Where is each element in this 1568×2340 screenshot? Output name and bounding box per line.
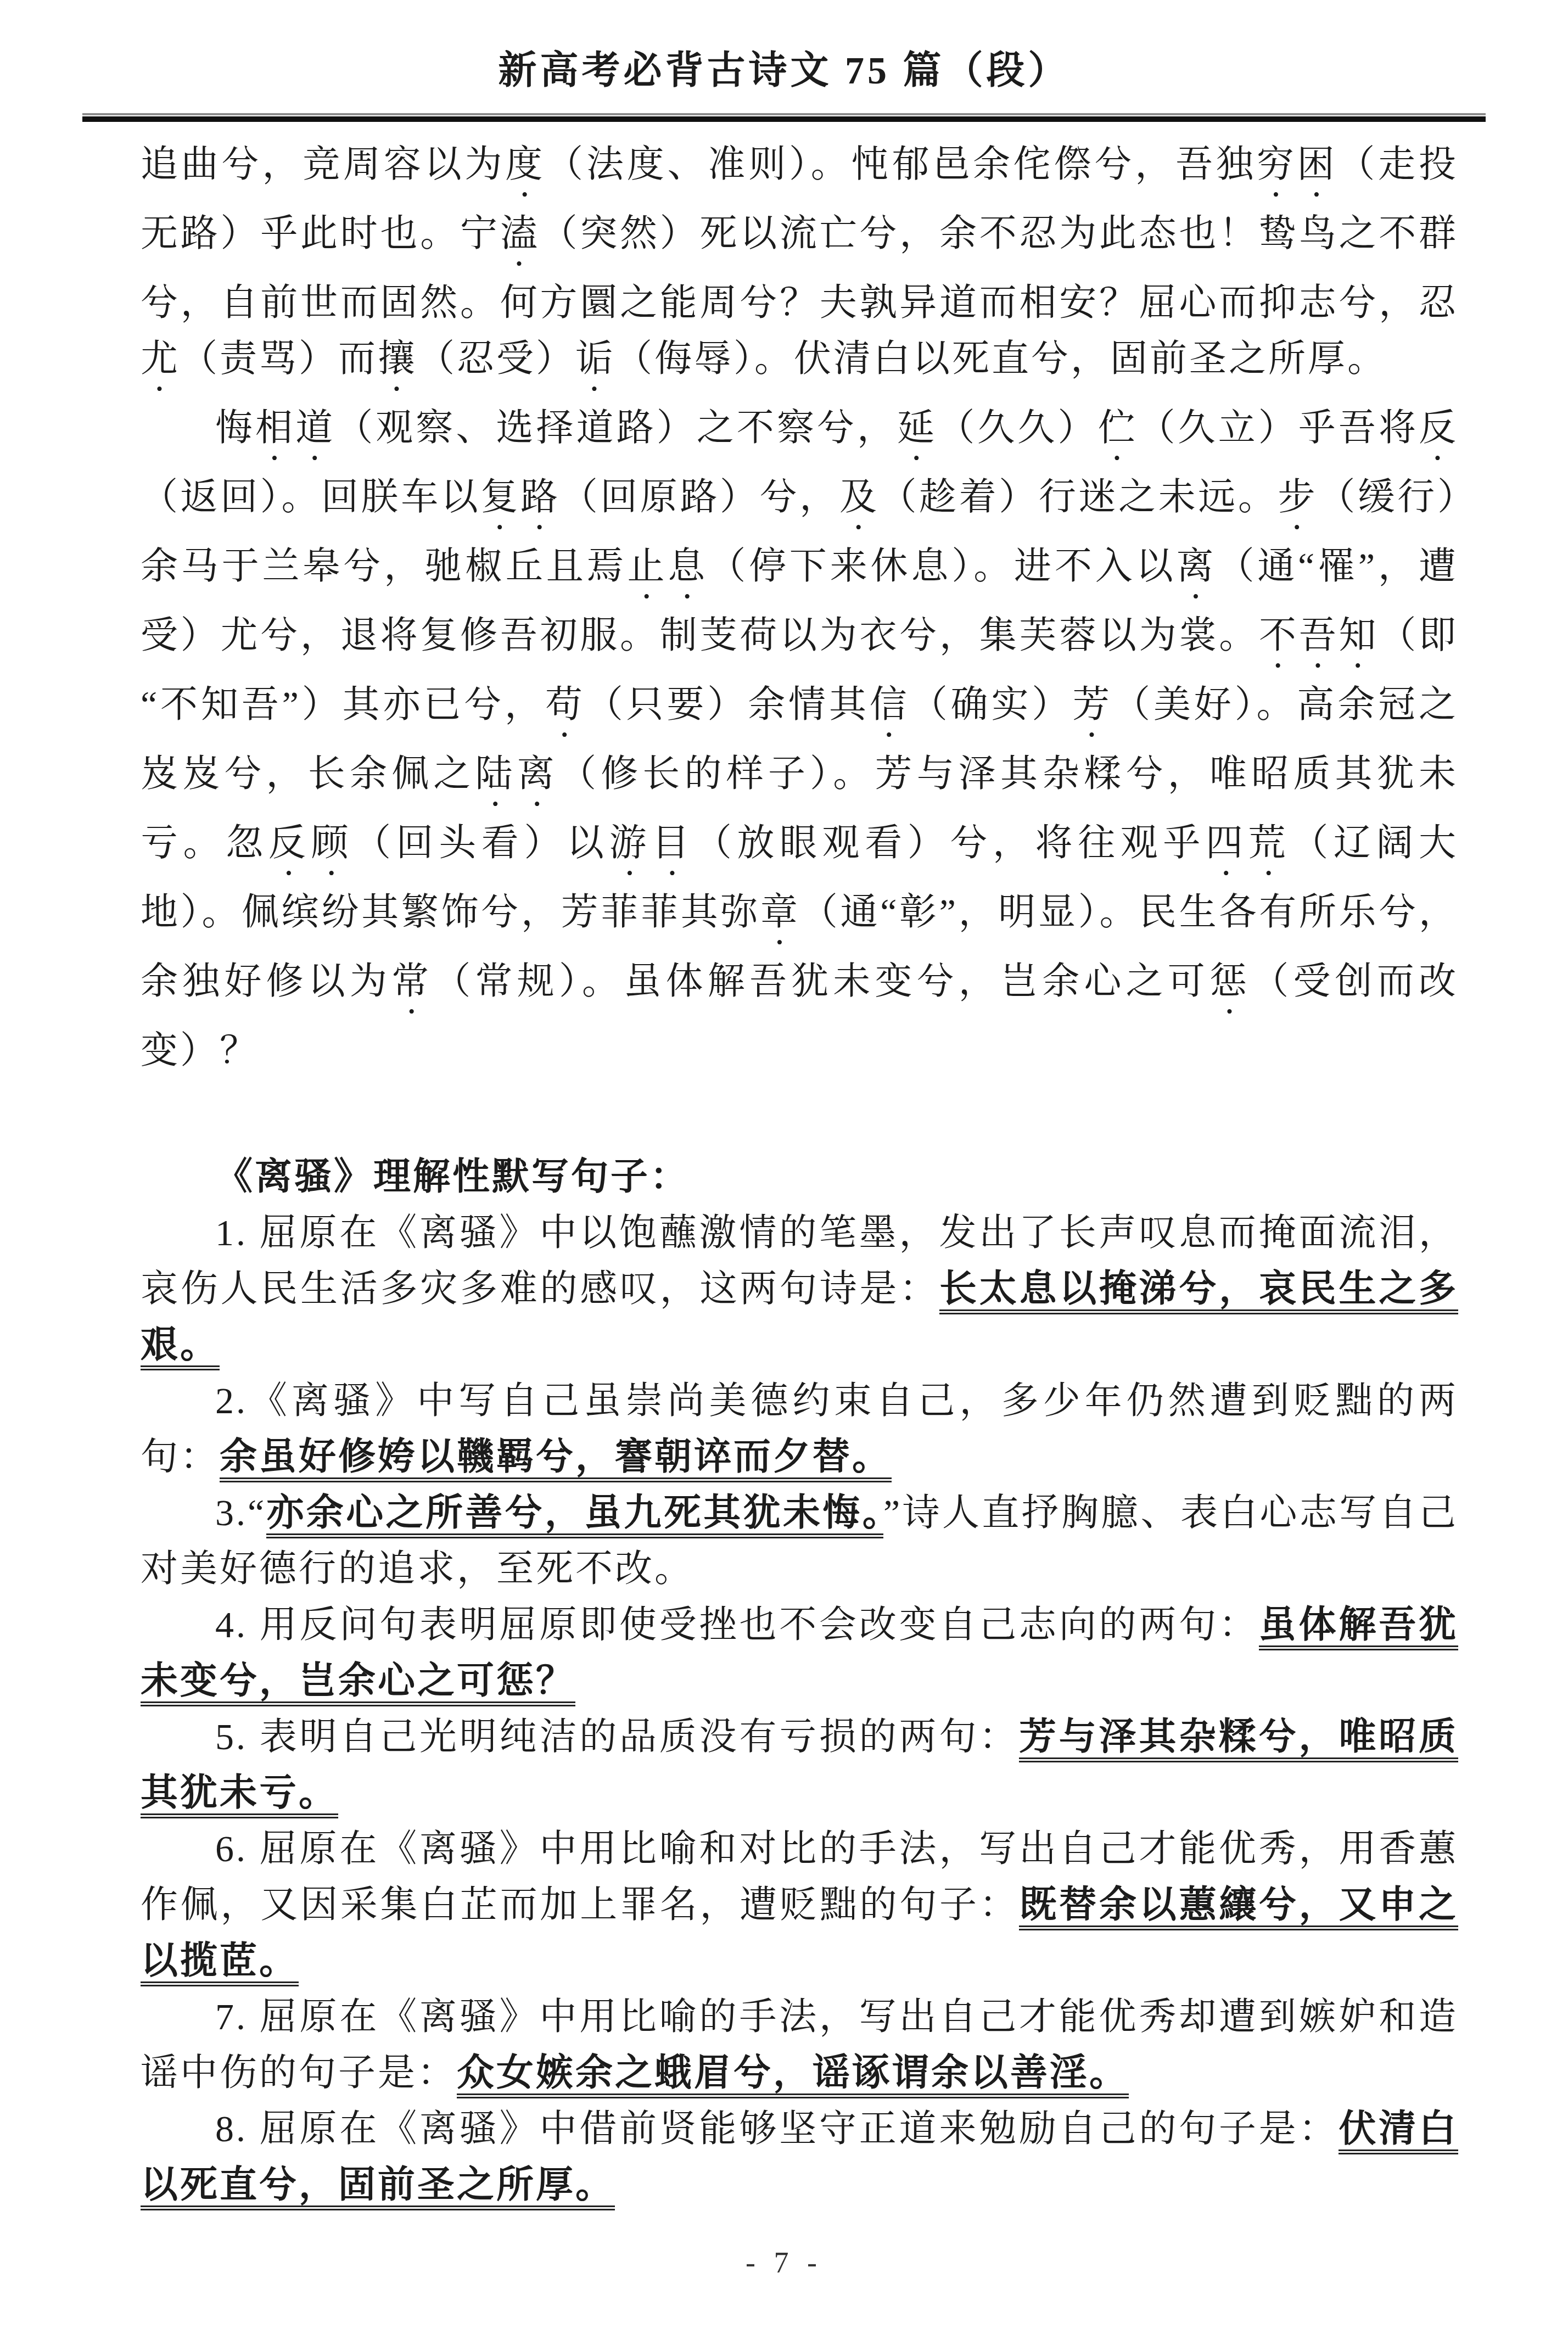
text-segment: 8. 屈原在《离骚》中借前贤能够坚守正道来勉励自己的句子是： [215,2108,1339,2149]
text-segment: （侮辱）。伏清白以死直兮，固前圣之所厚。 [615,338,1387,379]
annotated-word: 陆离 [475,753,559,794]
document-page: 新高考必背古诗文 75 篇（段） 追曲兮，竞周容以为度（法度、准则）。忳郁邑余侘… [0,0,1568,2340]
text-segment: （常规）。虽体解吾犹未变兮，岂余心之可 [433,960,1209,1002]
text-segment: 追曲兮，竞周容以为 [141,143,505,185]
text-segment: （回原路）兮， [561,476,839,518]
annotated-word: 尤 [141,338,180,379]
annotated-word: 信 [870,684,910,725]
annotated-word: 穷困 [1257,143,1338,185]
annotated-word: 苟 [545,684,586,725]
annotated-word: 步 [1278,476,1318,518]
annotated-word: 度 [505,143,546,185]
annotated-word: 芳 [1072,684,1113,725]
annotated-word: 溘 [500,212,540,254]
annotated-word: 离 [1177,545,1217,587]
text-segment: （趁着）行迷之未远。 [880,476,1278,518]
text-segment: （久久） [937,407,1097,449]
text-segment: （法度、准则）。忳郁邑余侘傺兮，吾独 [546,143,1257,185]
text-segment: （久立）乎吾将 [1138,407,1419,449]
annotated-word: 惩 [1209,960,1251,1002]
text-segment: 4. 用反问句表明屈原即使受挫也不会改变自己志向的两句： [215,1604,1259,1645]
annotated-word: 延 [897,407,937,449]
annotated-word: 游目 [609,822,695,864]
annotated-word: 相道 [255,407,335,449]
text-segment: （忍受） [417,338,575,379]
answer-text: 众女嫉余之蛾眉兮，谣诼谓余以善淫。 [457,2052,1129,2098]
text-segment: （观察、选择道路）之不察兮， [335,407,897,449]
text-segment: （放眼观看）兮，将往观乎 [695,822,1206,864]
annotated-word: 诟 [575,338,615,379]
passage-paragraph: 追曲兮，竞周容以为度（法度、准则）。忳郁邑余侘傺兮，吾独穷困（走投无路）乎此时也… [141,136,1458,400]
annotated-word: 及 [839,476,880,518]
text-segment: （停下来休息）。进不入以 [708,545,1176,587]
page-header: 新高考必背古诗文 75 篇（段） [0,0,1568,122]
annotated-word: 四荒 [1206,822,1291,864]
header-divider-thick-line [82,116,1486,122]
text-segment: （责骂）而 [180,338,378,379]
annotated-word: 攘 [378,338,417,379]
question-item: 4. 用反问句表明屈原即使受挫也不会改变自己志向的两句：虽体解吾犹未变兮，岂余心… [141,1597,1458,1709]
passage: 追曲兮，竞周容以为度（法度、准则）。忳郁邑余侘傺兮，吾独穷困（走投无路）乎此时也… [141,136,1458,1078]
page-title: 新高考必背古诗文 75 篇（段） [0,48,1568,94]
annotated-word: 章 [760,891,800,933]
question-item: 6. 屈原在《离骚》中用比喻和对比的手法，写出自己才能优秀，用香蕙作佩，又因采集… [141,1821,1458,1989]
passage-paragraph: 悔相道（观察、选择道路）之不察兮，延（久久）伫（久立）乎吾将反（返回）。回朕车以… [141,400,1458,1078]
answer-text: 亦余心之所善兮，虽九死其犹未悔。 [266,1492,883,1538]
text-segment: （返回）。回朕车以 [141,476,480,518]
question-item: 5. 表明自己光明纯洁的品质没有亏损的两句：芳与泽其杂糅兮，唯昭质其犹未亏。 [141,1709,1458,1821]
question-item: 1. 屈原在《离骚》中以饱蘸激情的笔墨，发出了长声叹息而掩面流泪，哀伤人民生活多… [141,1205,1458,1373]
text-segment: （回头看）以 [354,822,609,864]
text-segment: 3.“ [215,1492,266,1533]
text-segment: 5. 表明自己光明纯洁的品质没有亏损的两句： [215,1716,1019,1757]
annotated-word: 反 [1419,407,1458,449]
text-segment: 悔 [215,407,255,449]
question-item: 8. 屈原在《离骚》中借前贤能够坚守正道来勉励自己的句子是：伏清白以死直兮，固前… [141,2101,1458,2213]
header-divider-thin-line [82,113,1486,115]
section-heading: 《离骚》理解性默写句子： [141,1149,1458,1205]
annotated-word: 复路 [480,476,560,518]
question-item: 3.“亦余心之所善兮，虽九死其犹未悔。”诗人直抒胸臆、表白心志写自己对美好德行的… [141,1485,1458,1597]
text-segment: （只要）余情其 [586,684,870,725]
annotated-word: 伫 [1097,407,1138,449]
question-item: 7. 屈原在《离骚》中用比喻的手法，写出自己才能优秀却遭到嫉妒和造谣中伤的句子是… [141,1989,1458,2101]
annotated-word: 不吾知 [1259,614,1379,656]
page-number: - 7 - [0,2213,1568,2340]
annotated-word: 常 [391,960,433,1002]
answer-text: 余虽好修姱以鞿羁兮，謇朝谇而夕替。 [220,1436,892,1482]
question-item: 2.《离骚》中写自己虽崇尚美德约束自己，多少年仍然遭到贬黜的两句：余虽好修姱以鞿… [141,1373,1458,1485]
questions-list: 1. 屈原在《离骚》中以饱蘸激情的笔墨，发出了长声叹息而掩面流泪，哀伤人民生活多… [141,1205,1458,2213]
page-content: 追曲兮，竞周容以为度（法度、准则）。忳郁邑余侘傺兮，吾独穷困（走投无路）乎此时也… [141,136,1458,2213]
text-segment: （确实） [910,684,1072,725]
header-divider [82,113,1486,122]
annotated-word: 反顾 [268,822,354,864]
annotated-word: 止息 [627,545,708,587]
